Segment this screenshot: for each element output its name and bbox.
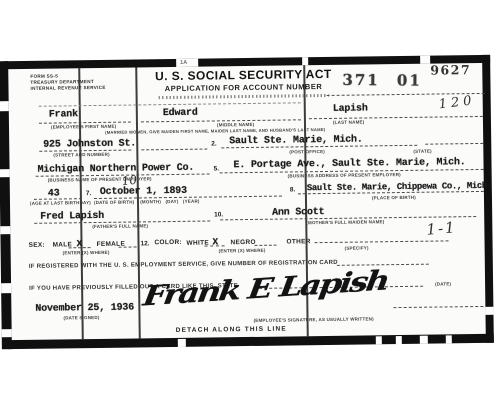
caption-state: (STATE) [413,149,432,154]
dashed-underline [205,245,225,246]
caption-mother-name: (MOTHER'S FULL MAIDEN NAME) [306,219,384,225]
scanned-page: 1A FORM SS-5 TREASURY DEPARTMENT INTERNA… [0,0,500,405]
form-id-line: INTERNAL REVENUE SERVICE [30,84,140,91]
caption-street: (STREET AND NUMBER) [53,152,109,158]
caption-post-office: (POST OFFICE) [289,149,325,154]
field-middle-name: Edward [163,108,198,119]
ss5-application-card: 1A FORM SS-5 TREASURY DEPARTMENT INTERNA… [4,55,494,349]
caption-birth-place: (PLACE OF BIRTH) [372,194,416,200]
scan-right-bar [482,55,494,343]
item-number: 8. [290,186,296,193]
item-number: 2. [211,140,217,147]
label-negro: NEGRO [230,239,255,246]
field-first-name: Frank [49,109,78,120]
label-other: OTHER [286,238,310,245]
label-registration: IF REGISTERED WITH THE U. S. EMPLOYMENT … [29,260,338,270]
caption-date-signed: (DATE SIGNED) [63,315,99,320]
field-last-name: Lapish [333,103,368,114]
handwritten-note: 1-1 [426,218,458,238]
scan-notch [376,336,382,344]
item-number: 7. [86,190,92,197]
caption-married-women: (MARRIED WOMEN, GIVE MAIDEN FIRST NAME, … [105,126,325,134]
item-number: 5. [214,165,220,172]
label-color: COLOR: [154,239,182,246]
dashed-underline [309,116,483,119]
scan-notch [0,101,9,111]
scan-notch: 1A [176,59,198,67]
caption-father-name: (FATHER'S FULL NAME) [92,223,148,229]
caption-specify: (SPECIFY) [345,245,369,250]
scan-notch [0,226,10,234]
dashed-underline [141,149,207,151]
account-number-stamp: 371 01 [342,71,422,90]
scan-notch [446,335,452,343]
handwritten-month-number: 10 [121,173,138,188]
handwritten-number: 120 [438,93,476,112]
caption-color-enter-x: (ENTER (X) WHERE) [219,247,266,253]
scan-notch [0,169,10,177]
scan-notch [396,336,402,344]
label-sex: SEX: [29,242,45,249]
scan-notch [485,307,493,315]
serial-number-stamp: 9627 [430,62,471,78]
field-mother-name: Ann Scott [272,207,324,219]
item-number: 12. [140,240,149,247]
field-father-name: Fred Lapish [40,211,104,223]
document-subtitle: APPLICATION FOR ACCOUNT NUMBER [138,82,348,94]
caption-last-name: (LAST NAME) [333,119,365,124]
scan-notch [420,56,430,64]
field-date-signed: November 25, 1936 [35,303,134,315]
plate-mark: 1A [180,60,187,66]
caption-sex-enter-x: (ENTER (X) WHERE) [63,249,110,255]
scan-notch [420,336,428,344]
detach-line-label: DETACH ALONG THIS LINE [176,326,287,334]
dashed-underline [69,247,91,248]
scan-notch [2,329,12,337]
dashed-underline [315,240,449,243]
header-title-block: U. S. SOCIAL SECURITY ACT APPLICATION FO… [138,67,348,99]
scan-notch [178,339,186,347]
scan-notch [302,57,308,65]
form-id-block: FORM SS-5 TREASURY DEPARTMENT INTERNAL R… [30,72,140,91]
caption-birth-date: (DATE OF BIRTH) (MONTH) (DAY) (YEAR) [94,199,200,205]
dashed-underline [119,246,137,247]
item-number: 10. [214,211,223,218]
scan-notch [1,283,11,293]
dashed-underline [425,143,483,145]
dashed-underline [393,306,483,308]
document-title: U. S. SOCIAL SECURITY ACT [138,67,348,84]
dashed-underline [255,245,277,246]
caption-date: (DATE) [435,281,451,286]
employee-signature: Frank E Lapish [141,265,390,312]
caption-age: (AGE AT LAST BIRTHDAY) [30,200,91,206]
caption-employer-address: (BUSINESS ADDRESS OF PRESENT EMPLOYER) [288,172,401,178]
